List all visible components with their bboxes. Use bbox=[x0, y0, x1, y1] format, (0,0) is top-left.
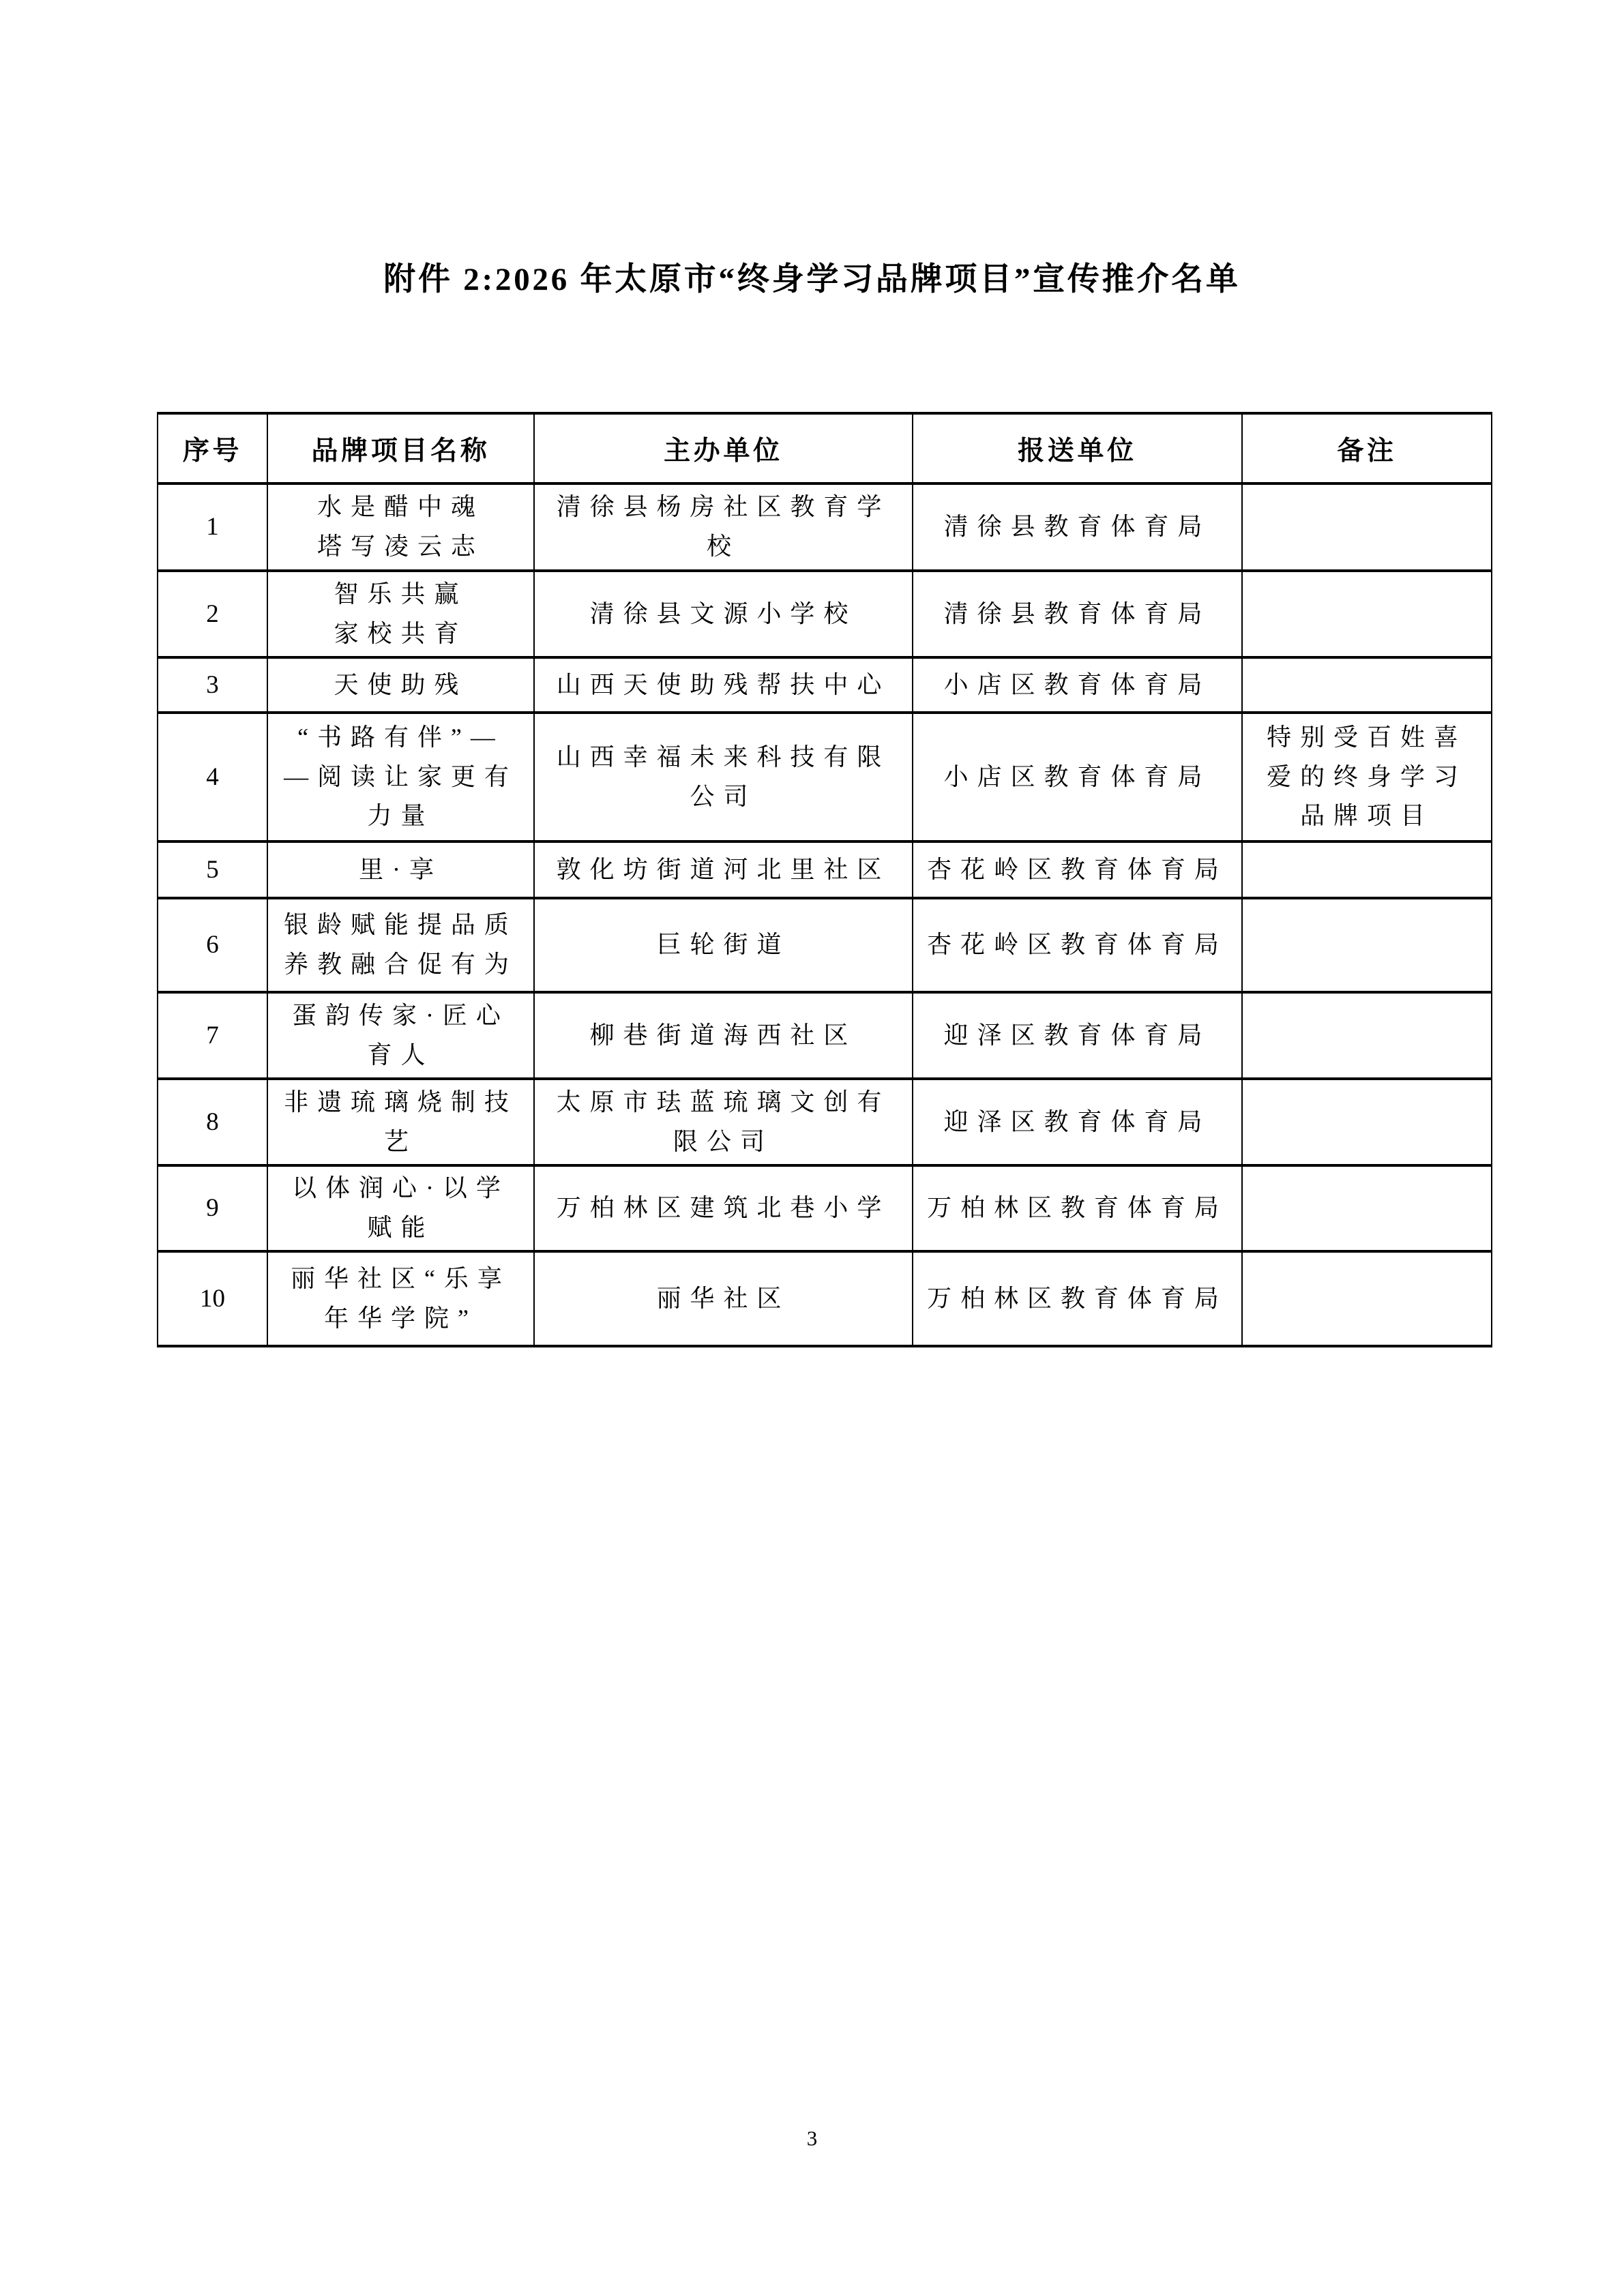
cell-remark bbox=[1242, 571, 1492, 657]
cell-project-name: 非遗琉璃烧制技 艺 bbox=[267, 1079, 534, 1165]
cell-project-name: “书路有伴”— —阅读让家更有 力量 bbox=[267, 713, 534, 841]
cell-remark bbox=[1242, 483, 1492, 571]
projects-table: 序号 品牌项目名称 主办单位 报送单位 备注 1 水是醋中魂 塔写凌云志 清徐县… bbox=[157, 412, 1492, 1347]
cell-organizer: 丽华社区 bbox=[534, 1251, 913, 1346]
cell-project-name: 智乐共赢 家校共育 bbox=[267, 571, 534, 657]
cell-serial: 4 bbox=[158, 713, 267, 841]
table-row: 6 银龄赋能提品质 养教融合促有为 巨轮街道 杏花岭区教育体育局 bbox=[158, 898, 1492, 992]
column-header-serial: 序号 bbox=[158, 413, 267, 483]
column-header-organizer: 主办单位 bbox=[534, 413, 913, 483]
cell-remark bbox=[1242, 898, 1492, 992]
cell-submitter: 杏花岭区教育体育局 bbox=[913, 841, 1242, 898]
table-row: 4 “书路有伴”— —阅读让家更有 力量 山西幸福未来科技有限 公司 小店区教育… bbox=[158, 713, 1492, 841]
cell-serial: 8 bbox=[158, 1079, 267, 1165]
cell-serial: 7 bbox=[158, 992, 267, 1079]
table-row: 5 里·享 敦化坊街道河北里社区 杏花岭区教育体育局 bbox=[158, 841, 1492, 898]
cell-remark: 特别受百姓喜 爱的终身学习 品牌项目 bbox=[1242, 713, 1492, 841]
cell-serial: 6 bbox=[158, 898, 267, 992]
cell-submitter: 杏花岭区教育体育局 bbox=[913, 898, 1242, 992]
column-header-submitter: 报送单位 bbox=[913, 413, 1242, 483]
cell-project-name: 银龄赋能提品质 养教融合促有为 bbox=[267, 898, 534, 992]
table-row: 1 水是醋中魂 塔写凌云志 清徐县杨房社区教育学 校 清徐县教育体育局 bbox=[158, 483, 1492, 571]
cell-organizer: 清徐县文源小学校 bbox=[534, 571, 913, 657]
cell-submitter: 万柏林区教育体育局 bbox=[913, 1251, 1242, 1346]
document-title: 附件 2:2026 年太原市“终身学习品牌项目”宣传推介名单 bbox=[0, 254, 1624, 299]
cell-submitter: 迎泽区教育体育局 bbox=[913, 992, 1242, 1079]
cell-project-name: 天使助残 bbox=[267, 657, 534, 713]
cell-project-name: 蛋韵传家·匠心 育人 bbox=[267, 992, 534, 1079]
table-row: 2 智乐共赢 家校共育 清徐县文源小学校 清徐县教育体育局 bbox=[158, 571, 1492, 657]
cell-remark bbox=[1242, 1251, 1492, 1346]
cell-serial: 9 bbox=[158, 1165, 267, 1251]
cell-serial: 3 bbox=[158, 657, 267, 713]
cell-organizer: 敦化坊街道河北里社区 bbox=[534, 841, 913, 898]
cell-organizer: 山西天使助残帮扶中心 bbox=[534, 657, 913, 713]
cell-organizer: 巨轮街道 bbox=[534, 898, 913, 992]
cell-project-name: 以体润心·以学 赋能 bbox=[267, 1165, 534, 1251]
cell-remark bbox=[1242, 657, 1492, 713]
cell-organizer: 太原市珐蓝琉璃文创有 限公司 bbox=[534, 1079, 913, 1165]
table-row: 3 天使助残 山西天使助残帮扶中心 小店区教育体育局 bbox=[158, 657, 1492, 713]
cell-remark bbox=[1242, 992, 1492, 1079]
cell-organizer: 清徐县杨房社区教育学 校 bbox=[534, 483, 913, 571]
cell-project-name: 丽华社区“乐享 年华学院” bbox=[267, 1251, 534, 1346]
column-header-remark: 备注 bbox=[1242, 413, 1492, 483]
table-row: 10 丽华社区“乐享 年华学院” 丽华社区 万柏林区教育体育局 bbox=[158, 1251, 1492, 1346]
cell-remark bbox=[1242, 841, 1492, 898]
cell-submitter: 小店区教育体育局 bbox=[913, 657, 1242, 713]
page-number: 3 bbox=[0, 2126, 1624, 2151]
cell-project-name: 里·享 bbox=[267, 841, 534, 898]
table-header-row: 序号 品牌项目名称 主办单位 报送单位 备注 bbox=[158, 413, 1492, 483]
cell-organizer: 山西幸福未来科技有限 公司 bbox=[534, 713, 913, 841]
table-row: 8 非遗琉璃烧制技 艺 太原市珐蓝琉璃文创有 限公司 迎泽区教育体育局 bbox=[158, 1079, 1492, 1165]
cell-remark bbox=[1242, 1079, 1492, 1165]
table-row: 7 蛋韵传家·匠心 育人 柳巷街道海西社区 迎泽区教育体育局 bbox=[158, 992, 1492, 1079]
cell-serial: 2 bbox=[158, 571, 267, 657]
table-row: 9 以体润心·以学 赋能 万柏林区建筑北巷小学 万柏林区教育体育局 bbox=[158, 1165, 1492, 1251]
cell-submitter: 小店区教育体育局 bbox=[913, 713, 1242, 841]
cell-organizer: 万柏林区建筑北巷小学 bbox=[534, 1165, 913, 1251]
cell-project-name: 水是醋中魂 塔写凌云志 bbox=[267, 483, 534, 571]
cell-serial: 5 bbox=[158, 841, 267, 898]
cell-submitter: 迎泽区教育体育局 bbox=[913, 1079, 1242, 1165]
cell-serial: 10 bbox=[158, 1251, 267, 1346]
cell-submitter: 清徐县教育体育局 bbox=[913, 483, 1242, 571]
column-header-project: 品牌项目名称 bbox=[267, 413, 534, 483]
cell-serial: 1 bbox=[158, 483, 267, 571]
document-page: 附件 2:2026 年太原市“终身学习品牌项目”宣传推介名单 序号 品牌项目名称… bbox=[0, 0, 1624, 2296]
cell-submitter: 清徐县教育体育局 bbox=[913, 571, 1242, 657]
cell-organizer: 柳巷街道海西社区 bbox=[534, 992, 913, 1079]
cell-submitter: 万柏林区教育体育局 bbox=[913, 1165, 1242, 1251]
cell-remark bbox=[1242, 1165, 1492, 1251]
